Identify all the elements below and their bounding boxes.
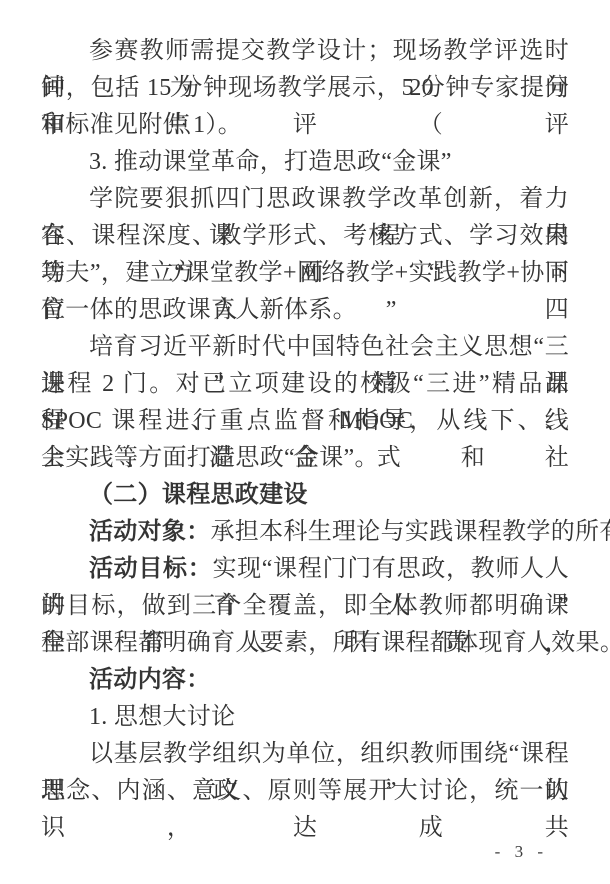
document-line: 功夫”，建立“课堂教学+网络教学+实践教学+协同育人”四	[41, 255, 569, 292]
line-label: 活动内容：	[89, 667, 211, 693]
line-text: 1. 思想大讨论	[89, 704, 235, 730]
document-line: 全部课程都明确育人要素，所有课程都体现育人效果。	[41, 625, 569, 662]
document-line: 钟，包括 15 分钟现场教学展示，5 分钟专家提问和点评（评	[41, 70, 569, 107]
document-line: 活动对象：承担本科生理论与实践课程教学的所有教师	[41, 514, 569, 551]
document-line: 活动内容：	[41, 662, 569, 699]
line-label: 活动对象：	[89, 519, 211, 545]
line-text: 理念、内涵、意义、原则等展开大讨论，统一认识，达成共	[41, 778, 569, 841]
document-line: 1. 思想大讨论	[41, 699, 569, 736]
document-line: （二）课程思政建设	[41, 477, 569, 514]
line-text: 审标准见附件 1）。	[41, 112, 242, 138]
line-text: 位一体的思政课育人新体系。	[41, 297, 357, 323]
document-body: 参赛教师需提交教学设计；现场教学评选时间为 20 分钟，包括 15 分钟现场教学…	[41, 33, 569, 810]
document-line: 以基层教学组织为单位，组织教师围绕“课程思政”的	[41, 736, 569, 773]
line-text: 全部课程都明确育人要素，所有课程都体现育人效果。	[41, 630, 610, 656]
document-line: 3. 推动课堂革命，打造思政“金课”	[41, 144, 569, 181]
document-line: 培育习近平新时代中国特色社会主义思想“三进”精品	[41, 329, 569, 366]
line-label: （二）课程思政建设	[89, 482, 308, 508]
document-page: 参赛教师需提交教学设计；现场教学评选时间为 20 分钟，包括 15 分钟现场教学…	[0, 0, 610, 884]
line-label: 活动目标：	[89, 556, 212, 582]
document-line: SPOC 课程进行重点监督和指导，从线下、线上、混合式和社	[41, 403, 569, 440]
document-line: 理念、内涵、意义、原则等展开大讨论，统一认识，达成共	[41, 773, 569, 810]
line-text: 3. 推动课堂革命，打造思政“金课”	[89, 149, 452, 175]
line-text: 承担本科生理论与实践课程教学的所有教师	[211, 519, 610, 545]
document-line: 容、课程深度、教学形式、考核方式、学习效果等方面“下	[41, 218, 569, 255]
page-number: - 3 -	[495, 842, 548, 862]
document-line: 参赛教师需提交教学设计；现场教学评选时间为 20 分	[41, 33, 569, 70]
document-line: 学院要狠抓四门思政课教学改革创新，着力在课程内	[41, 181, 569, 218]
line-text: 会实践等方面打造思政“金课”。	[41, 445, 379, 471]
document-line: 活动目标：实现“课程门门有思政，教师人人讲育人”	[41, 551, 569, 588]
document-line: 课程 2 门。对已立项建设的校级“三进”精品课程、MOOC 、	[41, 366, 569, 403]
document-line: 的目标，做到三个全覆盖，即全体教师都明确课程育人职责，	[41, 588, 569, 625]
